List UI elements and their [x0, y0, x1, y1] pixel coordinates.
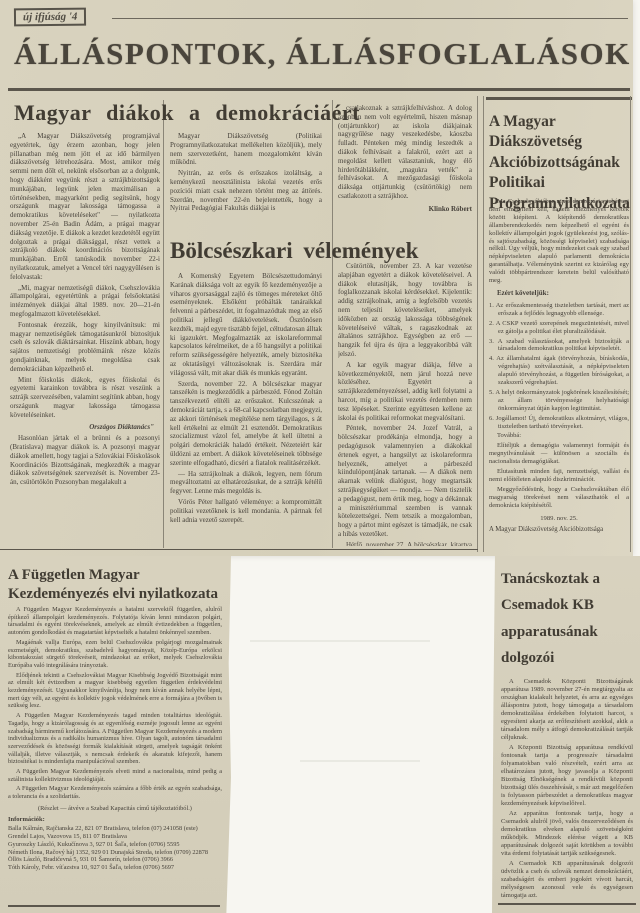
article-paragraph: Elítéljük a demagógia valamennyi formájá… — [489, 442, 629, 466]
csemadok-column: A Csemadok Központi Bizottságának appará… — [501, 678, 633, 900]
article-paragraph: Továbbá: — [489, 432, 629, 440]
program-column: Ma Csehszlovákiában nincs demokrácia, te… — [489, 198, 629, 550]
article-paragraph: A Csemadok Központi Bizottságának appará… — [501, 678, 633, 742]
article-paragraph: Nyitrán, az erős és erőszakos izoláltság… — [170, 169, 322, 213]
article-paragraph: Csütörtök, november 23. A kar vezetése a… — [338, 262, 472, 359]
byline-students: Klinko Róbert — [338, 205, 472, 214]
article-title-csemadok: Tanácskoztak a Csemadok KB apparatusának… — [501, 566, 633, 671]
fmk-bottom-rule — [8, 905, 220, 907]
article-paragraph: A Központi Bizottság apparátusa rendkívü… — [501, 744, 633, 808]
article-paragraph: Hasonlóan jártak el a brünni és a pozson… — [10, 434, 160, 487]
column-rule — [332, 100, 333, 548]
section-divider — [0, 549, 478, 550]
article-paragraph: Meggyőződésünk, hogy a Csehszlovákiában … — [489, 486, 629, 510]
article-paragraph: Hétfő, november 27. A bölcsészkar, kitar… — [338, 541, 472, 546]
contact-line: Tóth Károly, Febr. víťazstva 10, 927 01 … — [8, 864, 222, 872]
source-note: (Részlet — átvéve a Szabad Kapacitás cím… — [38, 805, 222, 813]
demands-list: 1. Az erőszakmentesség tiszteletben tart… — [489, 302, 629, 431]
article-paragraph: Magyar Diákszövetség (Politikai Programn… — [170, 132, 322, 167]
article-paragraph: „A Magyar Diákszövetség programjával egy… — [10, 132, 160, 282]
article-paragraph: Mint főiskolás diákok, egyes főiskolai é… — [10, 376, 160, 420]
demands-heading: Ezért követeljük: — [497, 290, 629, 298]
article-paragraph: Vörös Péter hallgató véleménye: a kompro… — [170, 498, 322, 524]
article-paragraph: A Független Magyar Kezdeményezés elveti … — [8, 768, 222, 783]
scan-artifact — [250, 640, 430, 642]
article-paragraph: A Komenský Egyetem Bölcsészettudományi K… — [170, 272, 322, 378]
demand-item: 2. A CSKP vezető szerepének megszüntetés… — [489, 320, 629, 336]
article-paragraph: — Ha sztrájkolnak a diákok, legyen, nem … — [170, 470, 322, 496]
column-rule — [477, 96, 478, 552]
column-rule — [163, 100, 164, 548]
article-paragraph: A Független Magyar Kezdeményezés számára… — [8, 785, 222, 800]
program-date: 1989. nov. 25. — [489, 515, 629, 523]
csemadok-bottom-rule — [498, 903, 636, 905]
faculty-column-2: Csütörtök, november 23. A kar vezetése a… — [338, 262, 472, 546]
headline-rule — [8, 88, 630, 91]
contact-line: Balla Kálmán, Rajčianska 22, 821 07 Brat… — [8, 825, 222, 833]
contacts-list: Balla Kálmán, Rajčianska 22, 821 07 Brat… — [8, 825, 222, 872]
article-paragraph: Szerda, november 22. A bölcsészkar magya… — [170, 380, 322, 468]
article-title-fmk: A Független Magyar Kezdeményezés elvi ny… — [8, 566, 223, 604]
article-paragraph: Elődjének tekinti a Csehszlovákiai Magya… — [8, 672, 222, 711]
article-title-faculty: Bölcsészkari vélemények — [170, 238, 470, 264]
demand-item: 5. A helyi önkormányzatok jogkörének kis… — [489, 389, 629, 413]
masthead-rule — [112, 18, 628, 19]
article-paragraph: Péntek, november 24. Jozef Vatrál, a böl… — [338, 424, 472, 538]
students-column-2: Magyar Diákszövetség (Politikai Programn… — [170, 132, 322, 236]
fmk-column: A Független Magyar Kezdeményezés a hatal… — [8, 606, 222, 906]
students-column-1: „A Magyar Diákszövetség programjával egy… — [10, 132, 160, 548]
column-rule — [483, 96, 484, 552]
students-column-3: csatlakoznak a sztrájkfelhíváshoz. A dol… — [338, 104, 472, 254]
newspaper-scan: új ifjúság '4 ÁLLÁSPONTOK, ÁLLÁSFOGLALÁS… — [0, 0, 640, 913]
article-paragraph: A Független Magyar Kezdeményezés tagad m… — [8, 712, 222, 766]
masthead-badge: új ifjúság '4 — [14, 8, 87, 27]
page-title: ÁLLÁSPONTOK, ÁLLÁSFOGLALÁSOK — [14, 36, 630, 72]
contact-line: Gyuroszky László, Kukučínova 3, 927 01 Š… — [8, 841, 222, 849]
article-paragraph: A Független Magyar Kezdeményezés a hatal… — [8, 606, 222, 637]
demand-item: 4. Az államhatalmi ágak (törvényhozás, b… — [489, 355, 629, 387]
article-paragraph: Ma Csehszlovákiában nincs demokrácia, te… — [489, 198, 629, 285]
article-paragraph: A Csemadok KB apparátusának dolgozói üdv… — [501, 860, 633, 900]
demand-item: 1. Az erőszakmentesség tiszteletben tart… — [489, 302, 629, 318]
demand-item: 6. Jogállamot! Új, demokratikus alkotmán… — [489, 415, 629, 431]
scan-artifact — [300, 760, 420, 762]
demand-item: 3. A szabad választásokat, amelyek bizto… — [489, 338, 629, 354]
faculty-column-1: A Komenský Egyetem Bölcsészettudományi K… — [170, 272, 322, 546]
article-paragraph: Az apparátus fontosnak tartja, hogy a Cs… — [501, 810, 633, 858]
article-paragraph: csatlakoznak a sztrájkfelhíváshoz. A dol… — [338, 104, 472, 201]
article-paragraph: Magáénak vallja Európa, ezen belül Csehs… — [8, 639, 222, 670]
article-paragraph: Fontosnak érezzük, hogy kinyilvánítsuk: … — [10, 321, 160, 374]
right-column-top-rule — [486, 97, 632, 100]
program-signature: A Magyar Diákszövetség Akcióbizottsága — [489, 526, 629, 534]
article-paragraph: A kar egyik magyar diákja, félve a követ… — [338, 361, 472, 423]
article-paragraph: „Mi, magyar nemzetiségű diákok, Csehszlo… — [10, 284, 160, 319]
article-paragraph: Elutasítunk minden faji, nemzetiségi, va… — [489, 468, 629, 484]
info-heading: Információk: — [8, 816, 222, 824]
quote-signature: Országos Diáktanács" — [10, 423, 154, 432]
contact-line: Grendel Lajos, Vazovova 15, 811 07 Brati… — [8, 833, 222, 841]
